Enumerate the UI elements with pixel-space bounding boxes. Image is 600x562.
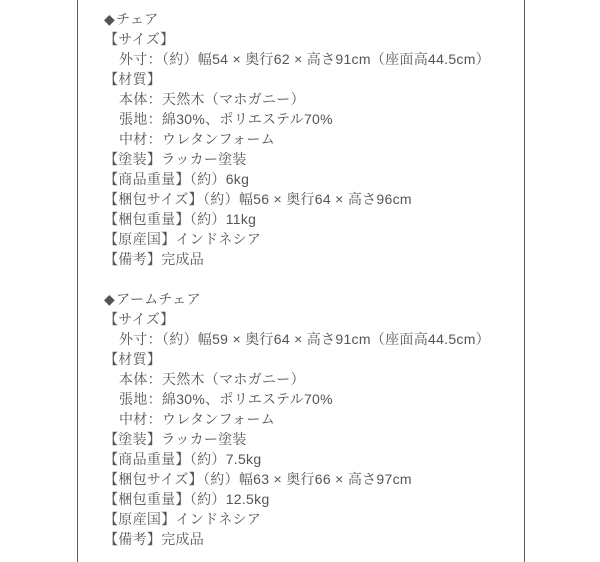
spec-package-size: 【梱包サイズ】（約）幅56 × 奥行64 × 高さ96cm xyxy=(104,189,524,209)
section-title: チェア xyxy=(116,11,158,27)
spec-material-body: 本体：天然木（マホガニー） xyxy=(104,369,524,389)
spec-product-weight: 【商品重量】（約）6kg xyxy=(104,169,524,189)
spec-material-label: 【材質】 xyxy=(104,69,524,89)
product-spec-content: ◆チェア 【サイズ】 外寸：（約）幅54 × 奥行62 × 高さ91cm（座面高… xyxy=(78,0,524,549)
spec-material-body: 本体：天然木（マホガニー） xyxy=(104,89,524,109)
spec-size-value: 外寸：（約）幅54 × 奥行62 × 高さ91cm（座面高44.5cm） xyxy=(104,49,524,69)
spec-note: 【備考】完成品 xyxy=(104,529,524,549)
spec-origin: 【原産国】インドネシア xyxy=(104,509,524,529)
spec-material-label: 【材質】 xyxy=(104,349,524,369)
spec-package-weight: 【梱包重量】（約）12.5kg xyxy=(104,489,524,509)
spec-size-label: 【サイズ】 xyxy=(104,309,524,329)
spec-coating: 【塗装】ラッカー塗装 xyxy=(104,429,524,449)
spec-material-padding: 中材：ウレタンフォーム xyxy=(104,409,524,429)
product-spec-panel: ◆チェア 【サイズ】 外寸：（約）幅54 × 奥行62 × 高さ91cm（座面高… xyxy=(77,0,525,562)
spec-product-weight: 【商品重量】（約）7.5kg xyxy=(104,449,524,469)
diamond-bullet-icon: ◆ xyxy=(104,291,115,307)
spec-size-value: 外寸：（約）幅59 × 奥行64 × 高さ91cm（座面高44.5cm） xyxy=(104,329,524,349)
diamond-bullet-icon: ◆ xyxy=(104,11,115,27)
spec-package-weight: 【梱包重量】（約）11kg xyxy=(104,209,524,229)
armchair-spec-section: ◆アームチェア 【サイズ】 外寸：（約）幅59 × 奥行64 × 高さ91cm（… xyxy=(104,289,524,549)
section-header-armchair: ◆アームチェア xyxy=(104,289,524,309)
spec-note: 【備考】完成品 xyxy=(104,249,524,269)
spec-material-padding: 中材：ウレタンフォーム xyxy=(104,129,524,149)
spec-size-label: 【サイズ】 xyxy=(104,29,524,49)
spec-origin: 【原産国】インドネシア xyxy=(104,229,524,249)
spec-material-fabric: 張地：綿30%、ポリエステル70% xyxy=(104,389,524,409)
section-header-chair: ◆チェア xyxy=(104,9,524,29)
spec-package-size: 【梱包サイズ】（約）幅63 × 奥行66 × 高さ97cm xyxy=(104,469,524,489)
spec-material-fabric: 張地：綿30%、ポリエステル70% xyxy=(104,109,524,129)
section-title: アームチェア xyxy=(116,291,201,307)
spec-coating: 【塗装】ラッカー塗装 xyxy=(104,149,524,169)
chair-spec-section: ◆チェア 【サイズ】 外寸：（約）幅54 × 奥行62 × 高さ91cm（座面高… xyxy=(104,9,524,269)
